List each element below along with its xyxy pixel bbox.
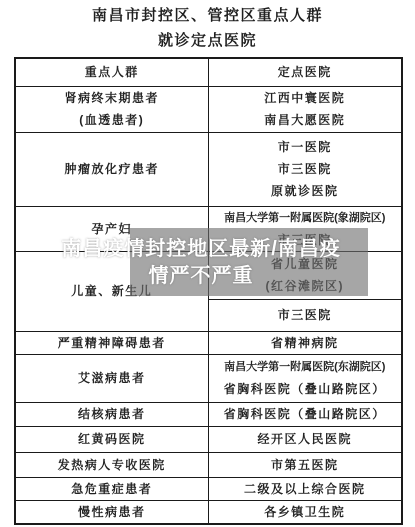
patient-group-cell: 严重精神障碍患者 (15, 331, 208, 354)
cell-text: 结核病患者 (17, 403, 207, 425)
hospital-cell: 南昌大学第一附属医院(东湖院区)省胸科医院（叠山路院区） (208, 354, 402, 402)
cell-text: 定点医院 (210, 61, 401, 83)
patient-group-cell: 急危重症患者 (15, 477, 208, 500)
cell-text: 江西中寰医院 (210, 87, 401, 109)
table-row: 慢性病患者各乡镇卫生院 (15, 500, 402, 524)
watermark-text-line2: 情严不严重 (55, 263, 347, 290)
patient-group-cell: 肿瘤放化疗患者 (15, 132, 208, 206)
cell-text: 省精神病院 (210, 332, 401, 354)
cell-text: 南昌大愿医院 (210, 109, 401, 131)
cell-text: 发热病人专收医院 (17, 454, 207, 476)
hospital-cell: 二级及以上综合医院 (208, 477, 402, 500)
table-header-row: 重点人群定点医院 (15, 58, 402, 86)
cell-text: 红黄码医院 (17, 428, 207, 450)
cell-text: 南昌大学第一附属医院(象湖院区) (210, 207, 401, 229)
hospital-cell: 市一医院市三医院原就诊医院 (208, 132, 402, 206)
table-row: 严重精神障碍患者省精神病院 (15, 331, 402, 354)
patient-group-cell: 结核病患者 (15, 402, 208, 426)
page-title-line2: 就诊定点医院 (0, 28, 415, 53)
patient-group-cell: 发热病人专收医院 (15, 452, 208, 477)
page-title: 南昌市封控区、管控区重点人群 就诊定点医院 (0, 3, 415, 53)
table-row: 艾滋病患者南昌大学第一附属医院(东湖院区)省胸科医院（叠山路院区） (15, 354, 402, 402)
cell-text: 严重精神障碍患者 (17, 332, 207, 354)
cell-text: 市三医院 (210, 304, 401, 326)
watermark-text: 南昌疫情封控地区最新/南昌疫 情严不严重 (55, 236, 347, 290)
column-header-patient-group: 重点人群 (15, 58, 208, 86)
table-row: 肾病终末期患者(血透患者)江西中寰医院南昌大愿医院 (15, 86, 402, 132)
hospital-cell: 经开区人民医院 (208, 426, 402, 452)
patient-group-cell: 艾滋病患者 (15, 354, 208, 402)
cell-text: 急危重症患者 (17, 478, 207, 500)
watermark-text-line1: 南昌疫情封控地区最新/南昌疫 (55, 236, 347, 263)
hospital-cell: 市第五医院 (208, 452, 402, 477)
patient-group-cell: 肾病终末期患者(血透患者) (15, 86, 208, 132)
cell-text: 原就诊医院 (210, 180, 401, 202)
cell-text: 南昌大学第一附属医院(东湖院区) (210, 356, 401, 378)
hospital-cell: 各乡镇卫生院 (208, 500, 402, 524)
cell-text: 经开区人民医院 (210, 428, 401, 450)
patient-group-cell: 慢性病患者 (15, 500, 208, 524)
hospital-cell: 省精神病院 (208, 331, 402, 354)
patient-group-cell: 红黄码医院 (15, 426, 208, 452)
cell-text: 各乡镇卫生院 (210, 501, 401, 523)
cell-text: 省胸科医院（叠山路院区） (210, 403, 401, 425)
page: 南昌市封控区、管控区重点人群 就诊定点医院 重点人群定点医院肾病终末期患者(血透… (0, 0, 415, 527)
hospital-cell: 市三医院 (208, 299, 402, 331)
column-header-hospital: 定点医院 (208, 58, 402, 86)
table-row: 急危重症患者二级及以上综合医院 (15, 477, 402, 500)
cell-text: 慢性病患者 (17, 501, 207, 523)
table-row: 红黄码医院经开区人民医院 (15, 426, 402, 452)
cell-text: 市第五医院 (210, 454, 401, 476)
cell-text: (血透患者) (17, 109, 207, 131)
table-row: 结核病患者省胸科医院（叠山路院区） (15, 402, 402, 426)
table-row: 肿瘤放化疗患者市一医院市三医院原就诊医院 (15, 132, 402, 206)
cell-text: 市三医院 (210, 158, 401, 180)
cell-text: 肿瘤放化疗患者 (17, 158, 207, 180)
cell-text: 省胸科医院（叠山路院区） (210, 378, 401, 400)
cell-text: 二级及以上综合医院 (210, 478, 401, 500)
hospital-cell: 江西中寰医院南昌大愿医院 (208, 86, 402, 132)
table-row: 发热病人专收医院市第五医院 (15, 452, 402, 477)
cell-text: 市一医院 (210, 136, 401, 158)
cell-text: 重点人群 (17, 61, 207, 83)
cell-text: 肾病终末期患者 (17, 87, 207, 109)
page-title-line1: 南昌市封控区、管控区重点人群 (0, 3, 415, 28)
hospital-cell: 省胸科医院（叠山路院区） (208, 402, 402, 426)
cell-text: 艾滋病患者 (17, 367, 207, 389)
